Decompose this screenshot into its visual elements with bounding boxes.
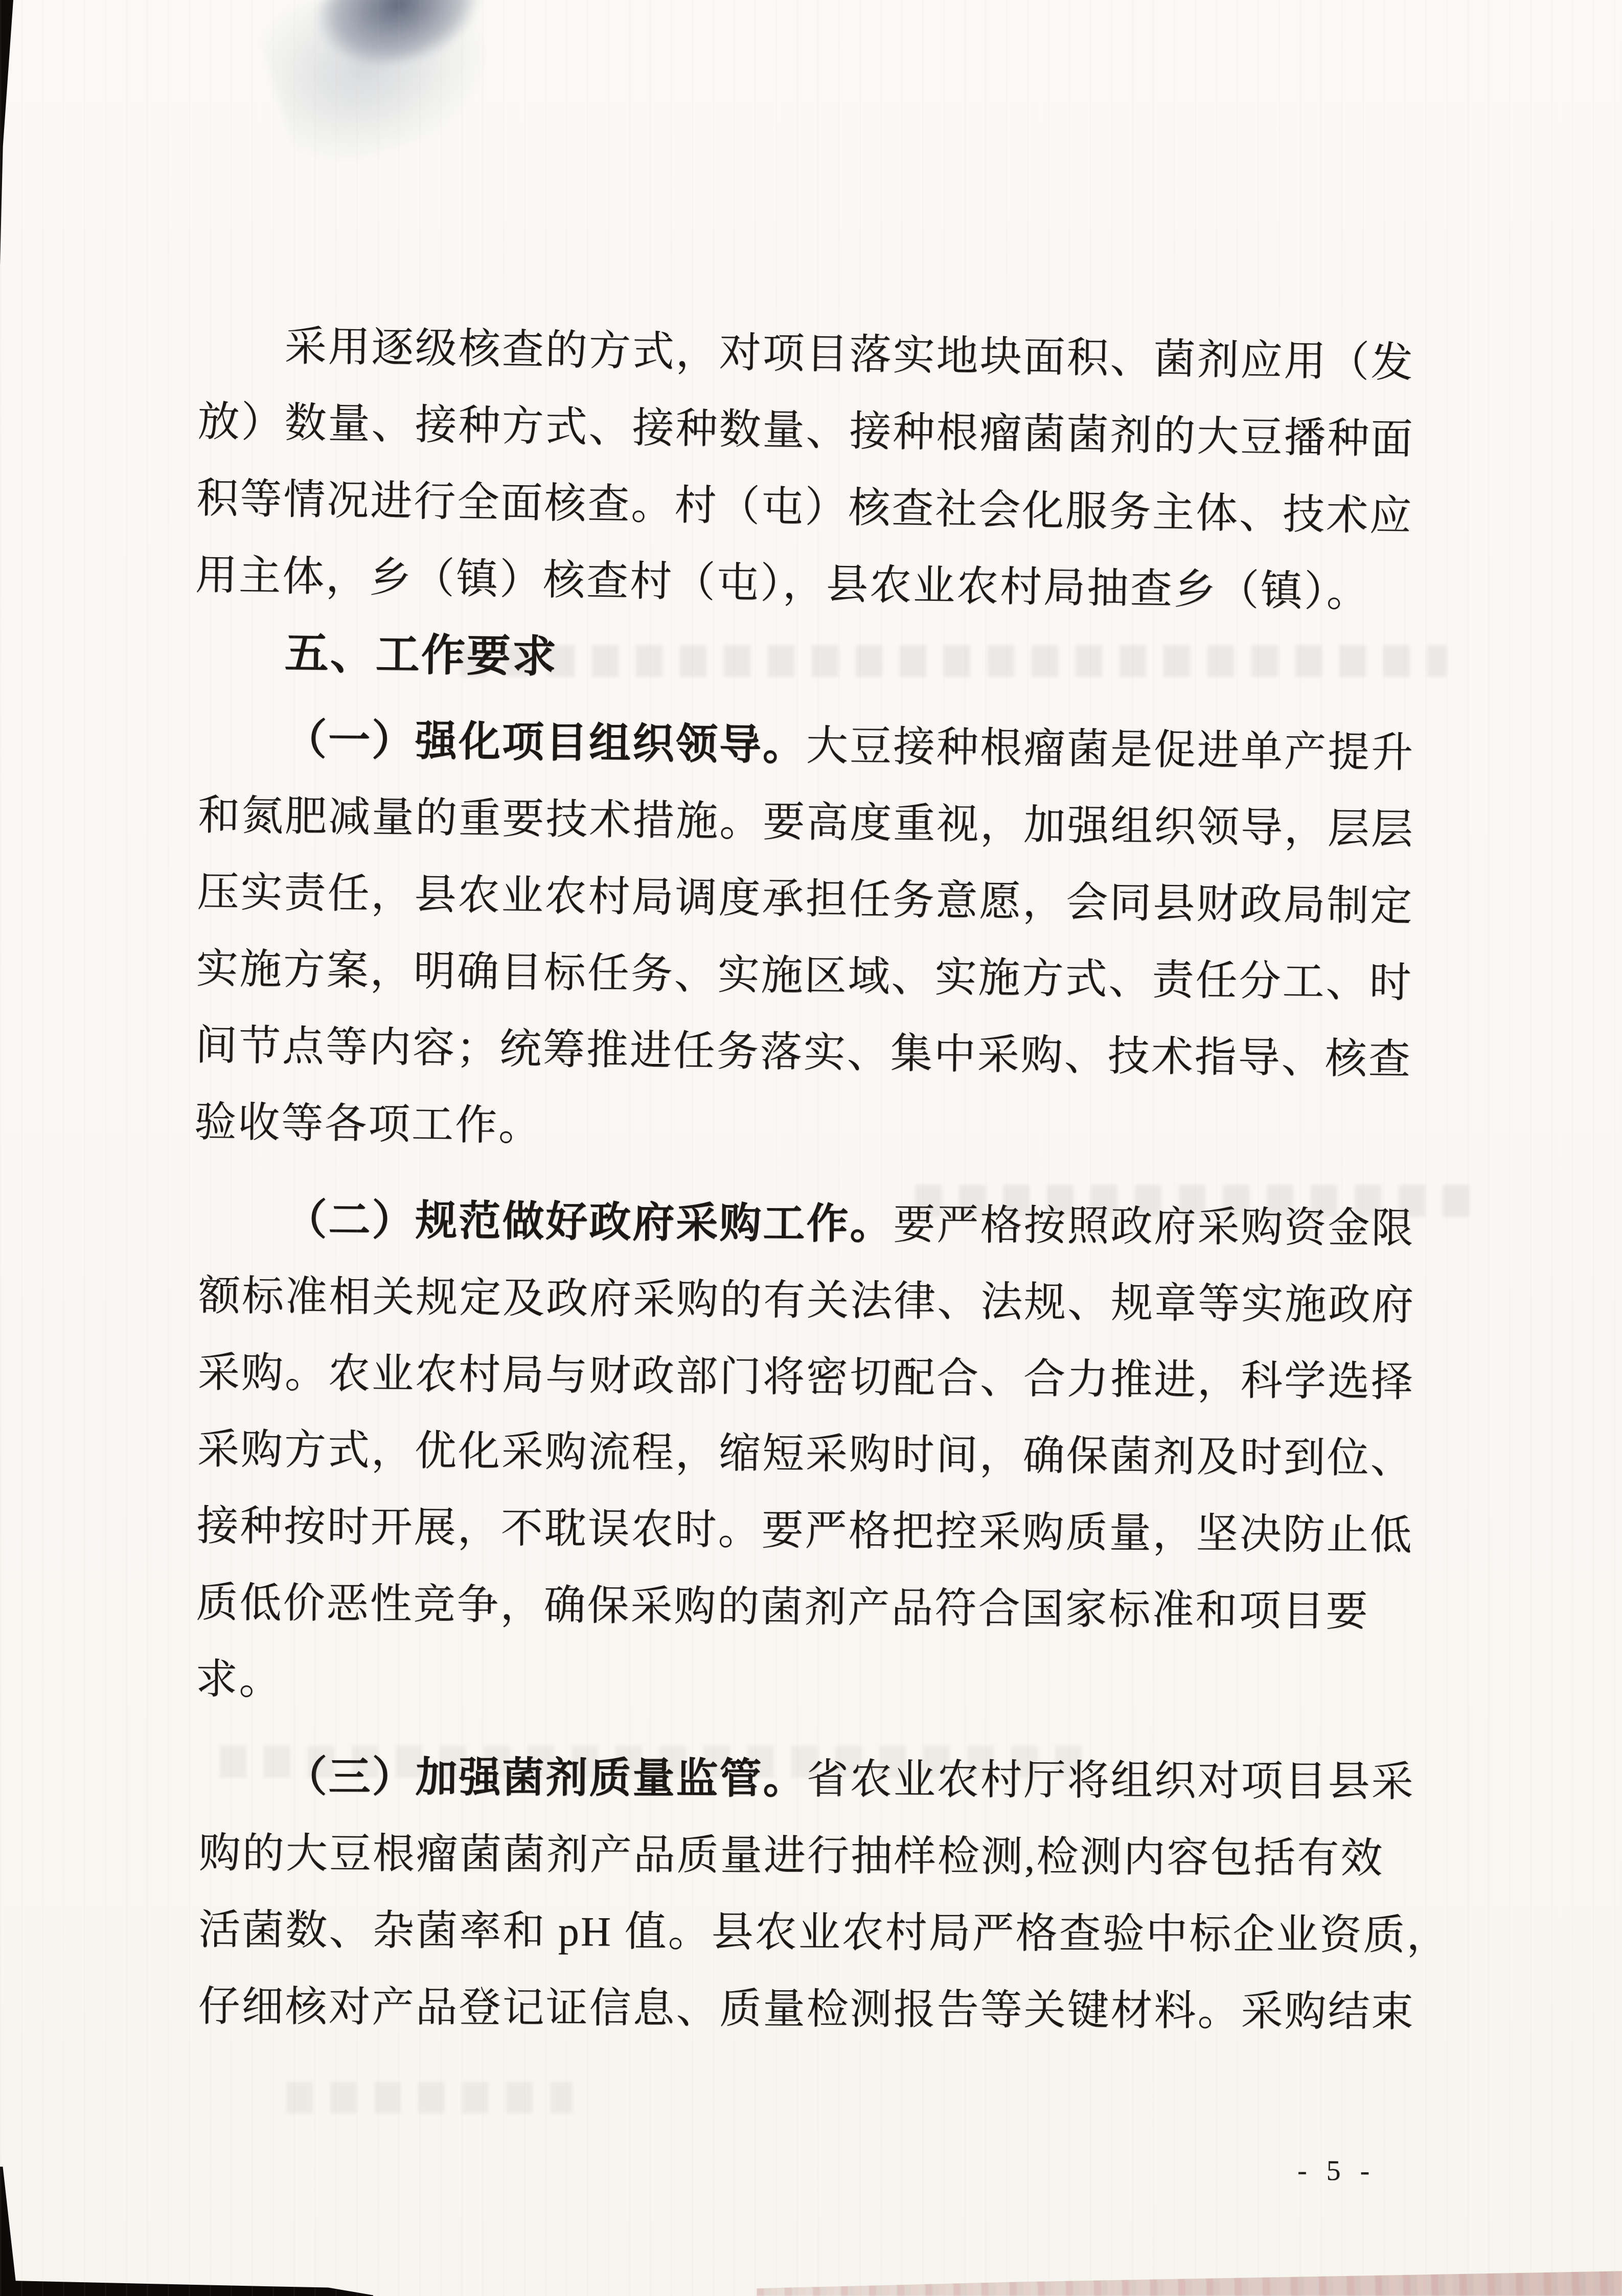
line-text: 接种按时开展，不耽误农时。要严格把控采购质量，坚决防止低 xyxy=(196,1503,1413,1559)
line-text: 用主体，乡（镇）核查村（屯），县农业农村局抽查乡（镇）。 xyxy=(195,552,1370,616)
line-text: 要严格按照政府采购资金限 xyxy=(893,1201,1415,1252)
bold-lead-in: （三）加强菌剂质量监管。 xyxy=(285,1754,806,1803)
line-text: 采购方式，优化采购流程，缩短采购时间，确保菌剂及时到位、 xyxy=(197,1426,1414,1482)
text-line: （一）强化项目组织领导。大豆接种根瘤菌是促进单产提升 xyxy=(198,700,1498,792)
paragraph-item-3-strengthen-inoculant-quality-supervision: （三）加强菌剂质量监管。省农业农村厅将组织对项目县采购的大豆根瘤菌菌剂产品质量进… xyxy=(198,1738,1498,2051)
text-line: 质低价恶性竞争，确保采购的菌剂产品符合国家标准和项目要 xyxy=(196,1564,1495,1651)
line-text: 省农业农村厅将组织对项目县采 xyxy=(806,1756,1414,1805)
text-line: 额标准相关规定及政府采购的有关法律、法规、规章等实施政府 xyxy=(198,1258,1497,1345)
bold-lead-in: （一）强化项目组织领导。 xyxy=(285,716,807,769)
paragraph-item-1-strengthen-project-organization: （一）强化项目组织领导。大豆接种根瘤菌是促进单产提升和氮肥减量的重要技术措施。要… xyxy=(194,700,1498,1176)
line-text: 压实责任，县农业农村局调度承担任务意愿，会同县财政局制定 xyxy=(197,869,1414,929)
line-text: 质低价恶性竞争，确保采购的菌剂产品符合国家标准和项目要 xyxy=(196,1579,1369,1635)
paragraph-item-2-standardize-government-procurement: （二）规范做好政府采购工作。要严格按照政府采购资金限额标准相关规定及政府采购的有… xyxy=(195,1181,1498,1728)
text-line: 采购方式，优化采购流程，缩短采购时间，确保菌剂及时到位、 xyxy=(197,1411,1496,1498)
text-line: 活菌数、杂菌率和 pH 值。县农业农村局严格查验中标企业资质， xyxy=(198,1892,1497,1974)
text-line: 求。 xyxy=(195,1641,1494,1728)
line-text: 活菌数、杂菌率和 pH 值。县农业农村局严格查验中标企业资质， xyxy=(198,1906,1450,1959)
scanned-document-page: 采用逐级核查的方式，对项目落实地块面积、菌剂应用（发放）数量、接种方式、接种数量… xyxy=(0,0,1622,2296)
line-text: 仔细核对产品登记证信息、质量检测报告等关键材料。采购结束 xyxy=(198,1983,1414,2035)
text-line: 采购。农业农村局与财政部门将密切配合、合力推进，科学选择 xyxy=(197,1334,1496,1421)
text-line: 验收等各项工作。 xyxy=(194,1084,1493,1176)
text-line: （二）规范做好政府采购工作。要严格按照政府采购资金限 xyxy=(199,1181,1498,1268)
text-line: 间节点等内容；统筹推进任务落实、集中采购、技术指导、核查 xyxy=(195,1007,1494,1099)
bleedthrough-ghost-row xyxy=(286,2082,573,2113)
text-line: 压实责任，县农业农村局调度承担任务意愿，会同县财政局制定 xyxy=(197,854,1496,946)
line-text: 积等情况进行全面核查。村（屯）核查社会化服务主体、技术应 xyxy=(196,475,1413,539)
line-text: 和氮肥减量的重要技术措施。要高度重视，加强组织领导，层层 xyxy=(198,792,1415,853)
scan-smudge-top-left xyxy=(256,0,547,175)
scan-edge-bottom-left xyxy=(0,2167,17,2296)
document-body: 采用逐级核查的方式，对项目落实地块面积、菌剂应用（发放）数量、接种方式、接种数量… xyxy=(199,307,1498,2045)
paragraph-inspection-method: 采用逐级核查的方式，对项目落实地块面积、菌剂应用（发放）数量、接种方式、接种数量… xyxy=(195,307,1498,633)
text-line: 购的大豆根瘤菌菌剂产品质量进行抽样检测,检测内容包括有效 xyxy=(199,1815,1498,1898)
text-line: 和氮肥减量的重要技术措施。要高度重视，加强组织领导，层层 xyxy=(197,777,1497,869)
text-line: 接种按时开展，不耽误农时。要严格把控采购质量，坚决防止低 xyxy=(196,1488,1495,1575)
line-text: 采购。农业农村局与财政部门将密切配合、合力推进，科学选择 xyxy=(198,1349,1415,1405)
scan-edge-top-left xyxy=(0,0,13,266)
page-number: - 5 - xyxy=(1297,2150,1376,2192)
line-text: 验收等各项工作。 xyxy=(194,1099,542,1149)
bold-lead-in: 五、工作要求 xyxy=(284,628,558,681)
line-text: 实施方案，明确目标任务、实施区域、实施方式、责任分工、时 xyxy=(196,945,1413,1006)
text-line: 仔细核对产品登记证信息、质量检测报告等关键材料。采购结束 xyxy=(198,1968,1497,2051)
scan-band-bottom-left xyxy=(0,2276,373,2296)
text-line: 实施方案，明确目标任务、实施区域、实施方式、责任分工、时 xyxy=(196,930,1495,1022)
line-text: 求。 xyxy=(195,1656,283,1703)
line-text: 大豆接种根瘤菌是促进单产提升 xyxy=(806,722,1415,776)
line-text: 购的大豆根瘤菌菌剂产品质量进行抽样检测,检测内容包括有效 xyxy=(199,1830,1384,1882)
line-text: 间节点等内容；统筹推进任务落实、集中采购、技术指导、核查 xyxy=(195,1022,1412,1083)
text-line: （三）加强菌剂质量监管。省农业农村厅将组织对项目县采 xyxy=(199,1738,1498,1821)
scan-band-bottom-right xyxy=(757,2269,1622,2296)
bold-lead-in: （二）规范做好政府采购工作。 xyxy=(285,1196,894,1247)
line-text: 采用逐级核查的方式，对项目落实地块面积、菌剂应用（发 xyxy=(284,323,1414,386)
line-text: 额标准相关规定及政府采购的有关法律、法规、规章等实施政府 xyxy=(198,1272,1415,1329)
line-text: 放）数量、接种方式、接种数量、接种根瘤菌菌剂的大豆播种面 xyxy=(197,398,1414,463)
